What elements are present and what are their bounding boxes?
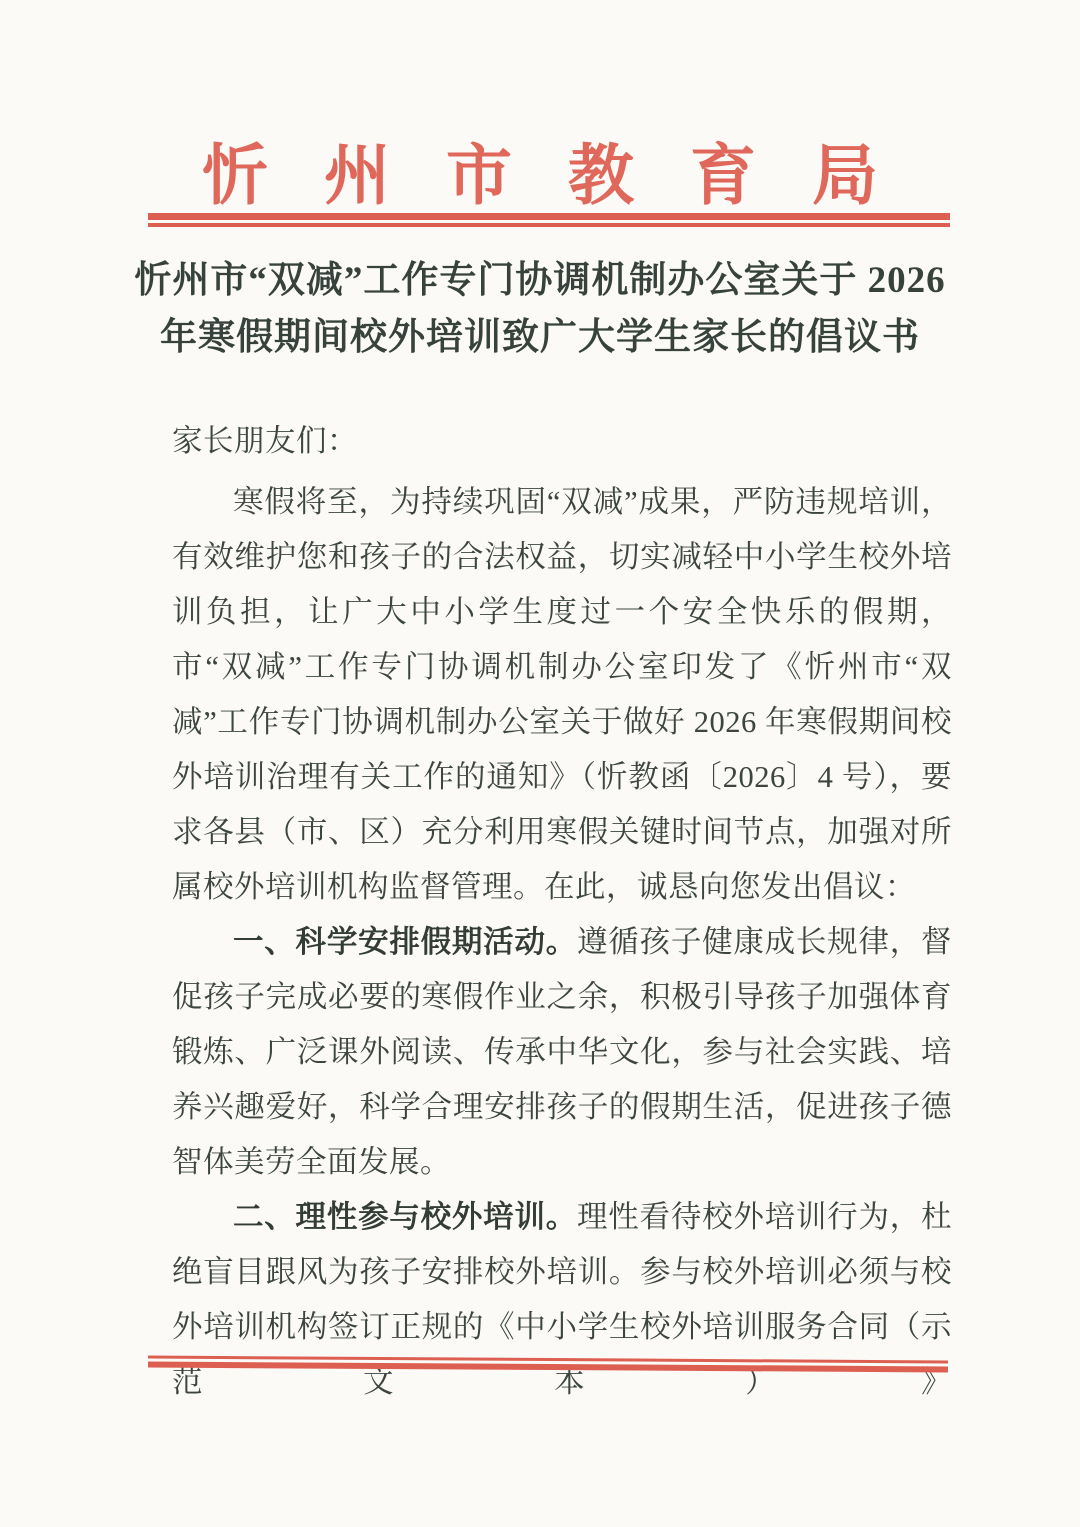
paragraph-intro-text: 寒假将至，为持续巩固“双减”成果，严防违规培训，有效维护您和孩子的合法权益，切实… [172,485,952,904]
paragraph-item-2-heading: 二、理性参与校外培训。 [233,1200,577,1234]
salutation: 家长朋友们： [172,414,952,469]
letterhead-agency-name: 忻州市教育局 [0,122,1080,217]
document-page: 忻州市教育局 忻州市“双减”工作专门协调机制办公室关于 2026 年寒假期间校外… [0,0,1080,1527]
document-title-line-2: 年寒假期间校外培训致广大学生家长的倡议书 [160,317,920,358]
paragraph-item-1-text: 遵循孩子健康成长规律，督促孩子完成必要的寒假作业之余，积极引导孩子加强体育锻炼、… [172,925,952,1179]
divider-thin-line [148,223,950,227]
paragraph-item-2: 二、理性参与校外培训。理性看待校外培训行为，杜绝盲目跟风为孩子安排校外培训。参与… [172,1190,952,1410]
document-title-line-1: 忻州市“双减”工作专门协调机制办公室关于 2026 [134,260,945,301]
document-body: 家长朋友们： 寒假将至，为持续巩固“双减”成果，严防违规培训，有效维护您和孩子的… [172,414,952,1410]
paragraph-intro: 寒假将至，为持续巩固“双减”成果，严防违规培训，有效维护您和孩子的合法权益，切实… [172,475,952,915]
paragraph-item-1-heading: 一、科学安排假期活动。 [233,925,577,959]
paragraph-item-1: 一、科学安排假期活动。遵循孩子健康成长规律，督促孩子完成必要的寒假作业之余，积极… [172,915,952,1190]
letterhead-divider [148,213,950,227]
divider-thick-line [148,213,950,220]
document-title: 忻州市“双减”工作专门协调机制办公室关于 2026 年寒假期间校外培训致广大学生… [110,252,970,366]
